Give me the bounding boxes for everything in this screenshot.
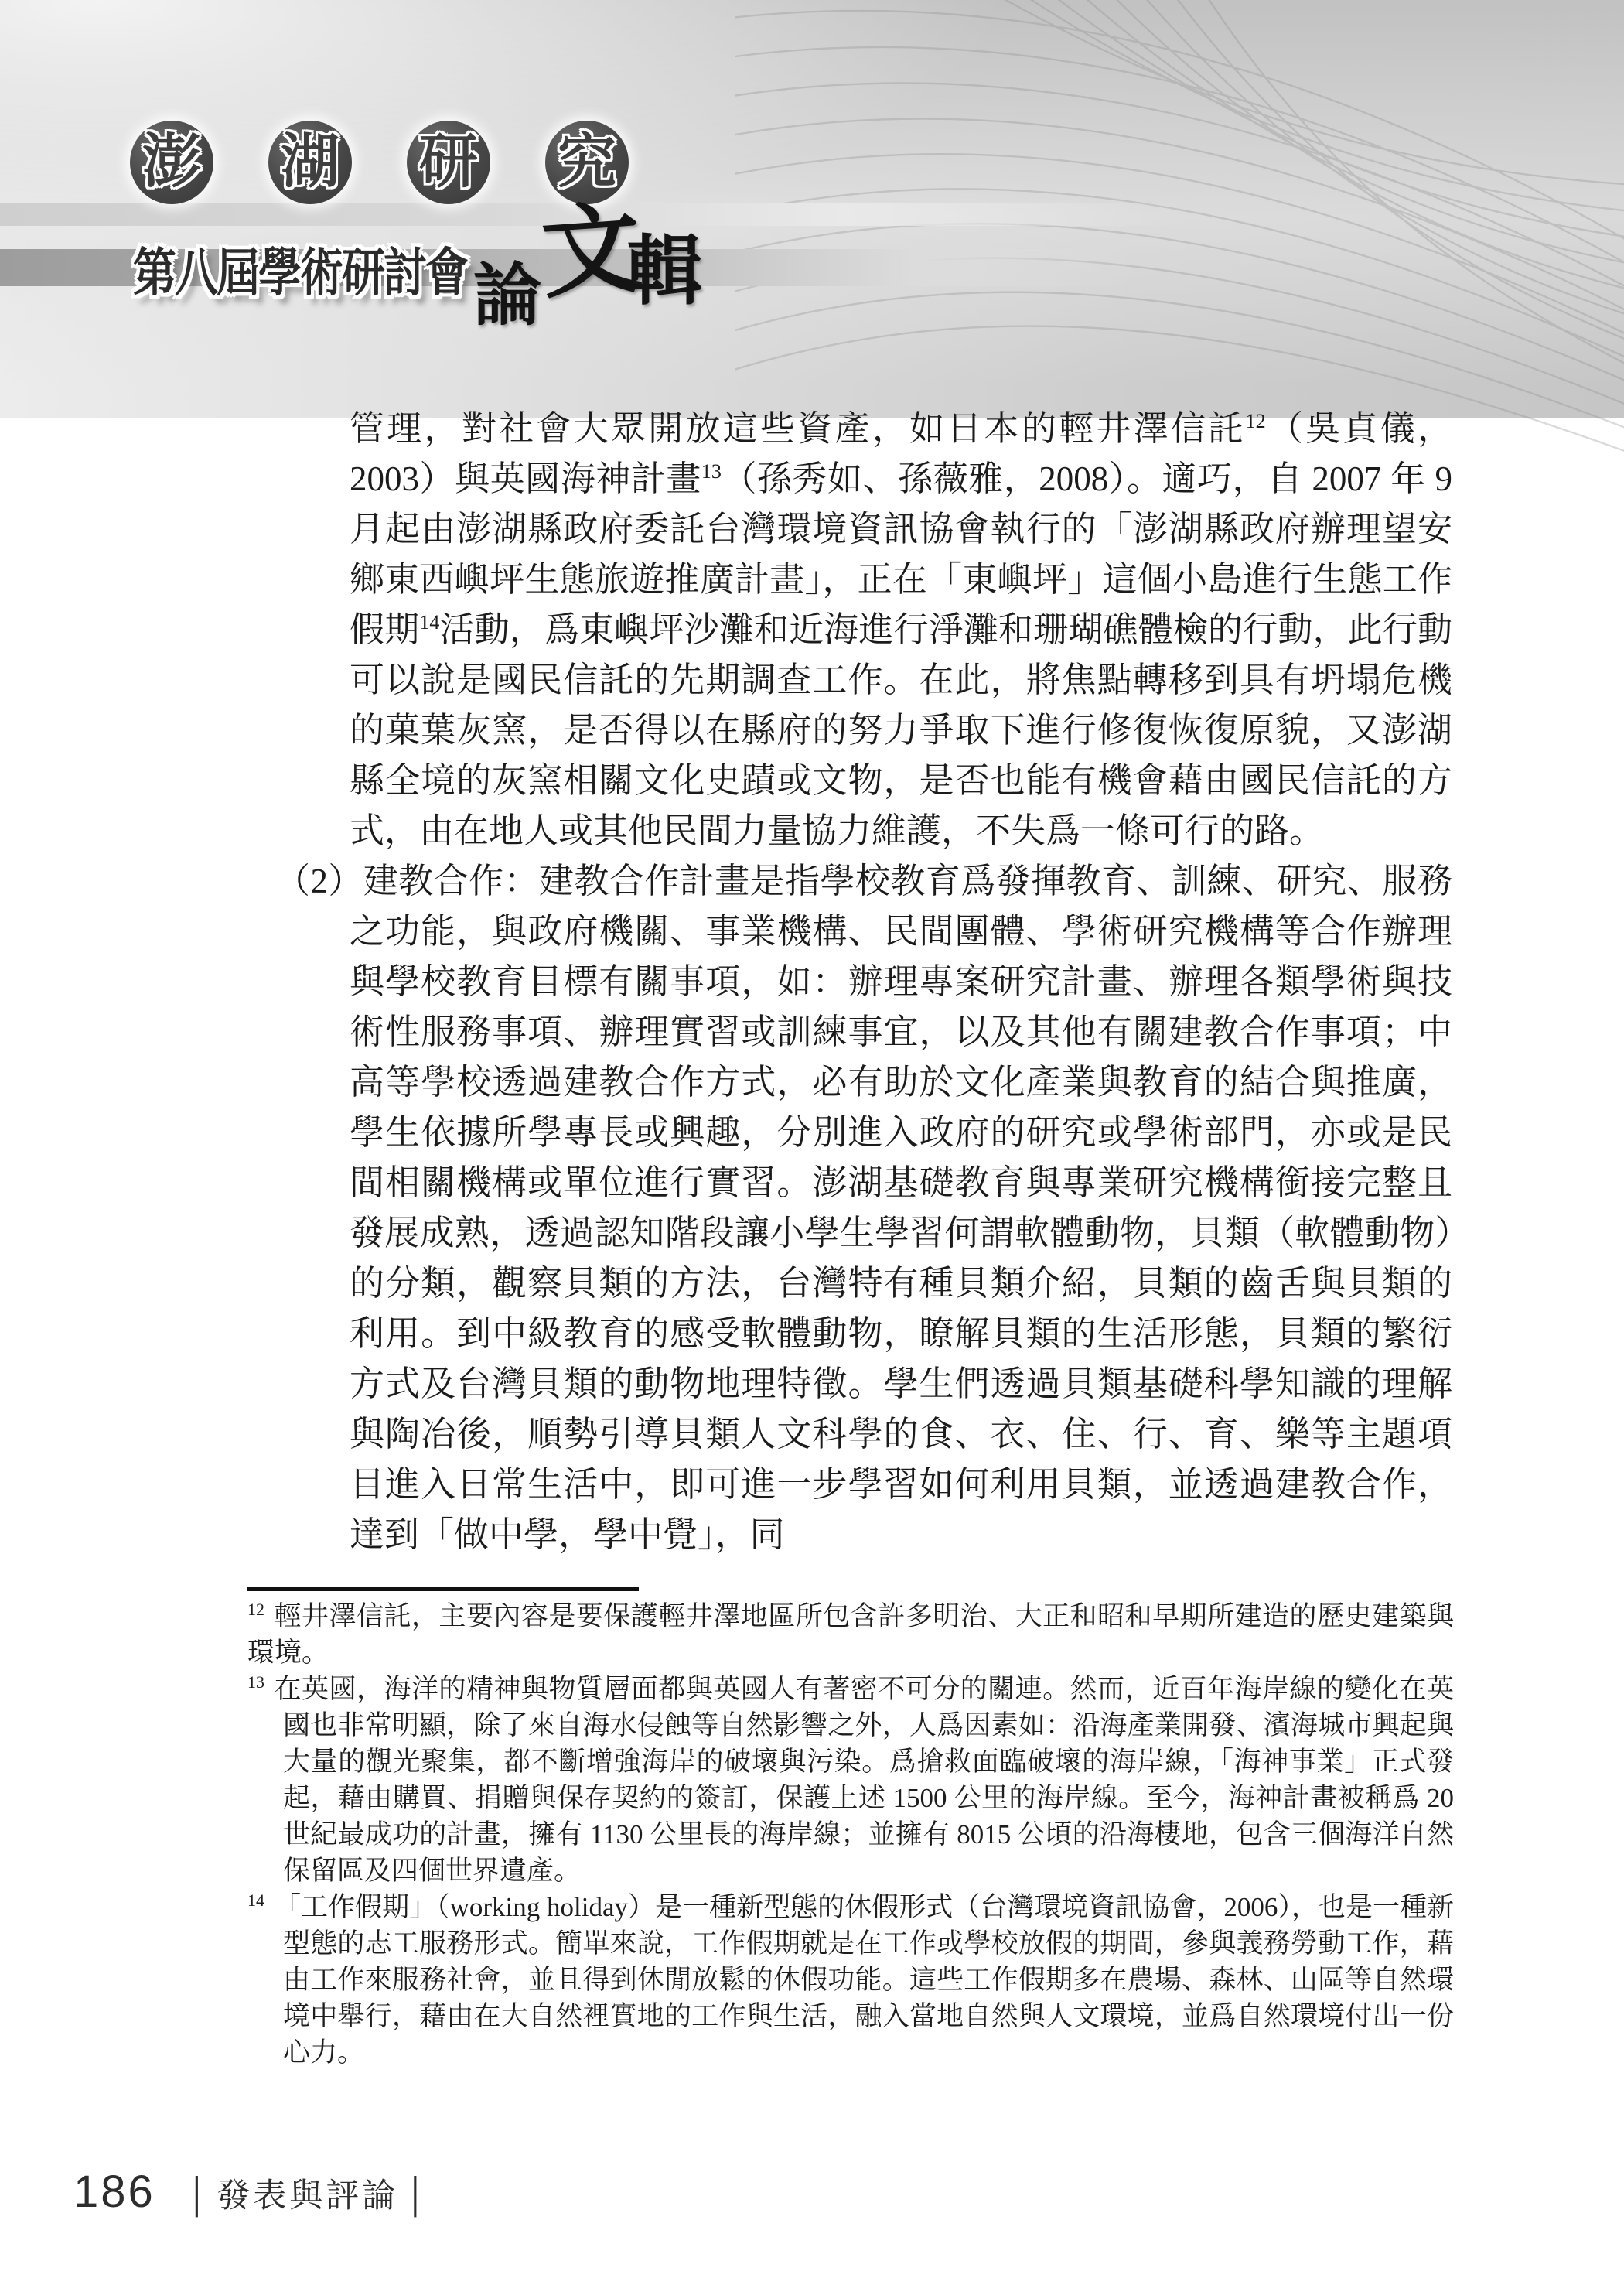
logo-char-3: 研 <box>419 121 478 204</box>
logo-char-1: 澎 <box>142 121 201 204</box>
footer-divider-left: │ <box>188 2177 210 2215</box>
footnotes-block: 12輕井澤信託，主要內容是要保護輕井澤地區所包含許多明治、大正和昭和早期所建造的… <box>247 1598 1454 2071</box>
item2-marker: （2） <box>275 862 363 900</box>
footer-section-label: 發表與評論 <box>217 2170 398 2217</box>
footnote-13-number: 13 <box>247 1672 264 1692</box>
logo-circle-2: 湖 <box>268 121 352 204</box>
page-footer: 186 │ 發表與評論 │ <box>73 2166 428 2218</box>
footer-divider-right: │ <box>406 2177 428 2215</box>
footnote-14: 14「工作假期」（working holiday）是一種新型態的休假形式（台灣環… <box>247 1889 1454 2071</box>
footnote-13: 13在英國，海洋的精神與物質層面都與英國人有著密不可分的關連。然而，近百年海岸線… <box>247 1671 1454 1889</box>
body-paragraph-item2: （2）建教合作：建教合作計畫是指學校教育爲發揮教育、訓練、研究、服務之功能，與政… <box>350 856 1452 1560</box>
footnote-14-text: 「工作假期」（working holiday）是一種新型態的休假形式（台灣環境資… <box>274 1892 1454 2068</box>
item2-text: 建教合作：建教合作計畫是指學校教育爲發揮教育、訓練、研究、服務之功能，與政府機關… <box>350 862 1452 1554</box>
footnote-12-number: 12 <box>247 1600 264 1619</box>
title-char-ji: 輯 <box>626 210 702 319</box>
proceedings-page: 澎 湖 研 究 第八屆學術研討會 論 文 輯 管理，對社會大眾開放這些資產，如日… <box>0 0 1624 2278</box>
paragraph1-text: 管理，對社會大眾開放這些資產，如日本的輕井澤信託12（吳貞儀，2003）與英國海… <box>350 409 1452 850</box>
footnote-12-text: 輕井澤信託，主要內容是要保護輕井澤地區所包含許多明治、大正和昭和早期所建造的歷史… <box>247 1601 1454 1668</box>
footnote-separator-rule <box>247 1587 639 1591</box>
logo-circle-1: 澎 <box>130 121 213 204</box>
footnote-13-text: 在英國，海洋的精神與物質層面都與英國人有著密不可分的關連。然而，近百年海岸線的變… <box>274 1674 1454 1886</box>
conference-subtitle: 第八屆學術研討會 <box>133 232 467 306</box>
body-paragraph-continuation: 管理，對社會大眾開放這些資產，如日本的輕井澤信託12（吳貞儀，2003）與英國海… <box>350 404 1452 856</box>
body-text-block: 管理，對社會大眾開放這些資產，如日本的輕井澤信託12（吳貞儀，2003）與英國海… <box>0 404 1624 1560</box>
footnote-14-number: 14 <box>247 1890 264 1910</box>
logo-circle-3: 研 <box>407 121 490 204</box>
page-number: 186 <box>73 2166 155 2218</box>
footnote-12: 12輕井澤信託，主要內容是要保護輕井澤地區所包含許多明治、大正和昭和早期所建造的… <box>247 1598 1454 1671</box>
title-char-lun: 論 <box>473 241 541 339</box>
logo-char-2: 湖 <box>281 121 339 204</box>
